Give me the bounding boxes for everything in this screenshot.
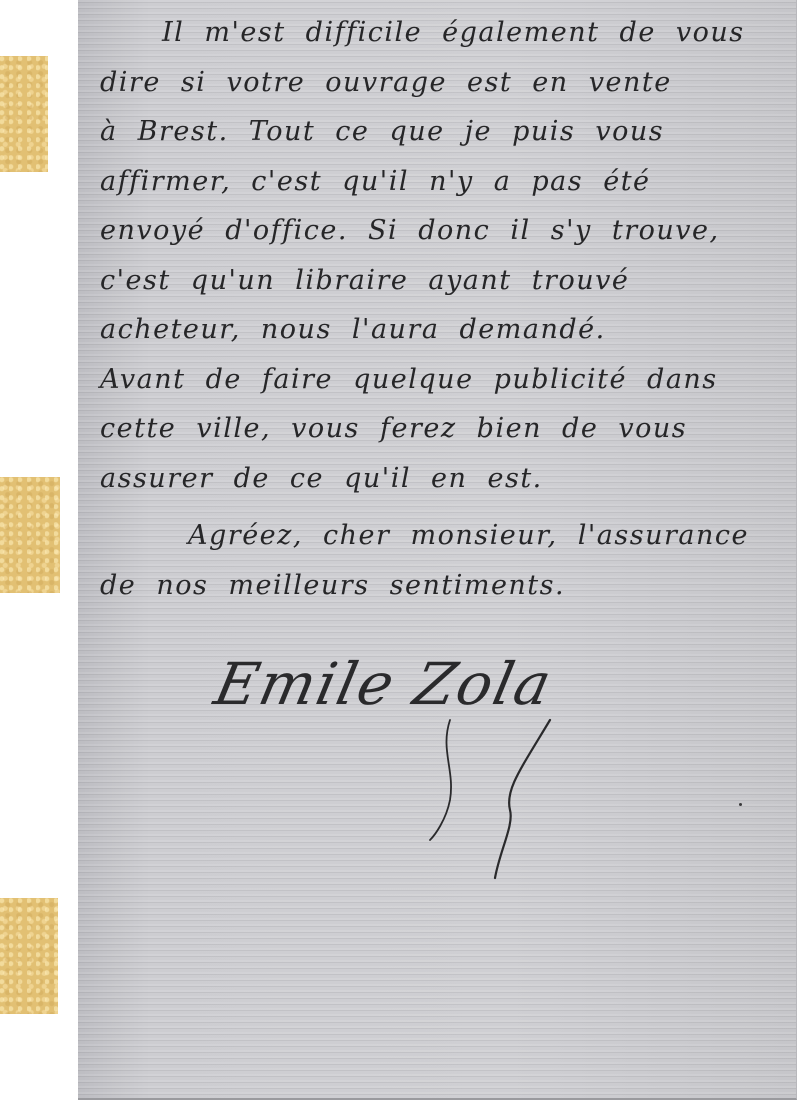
gold-mounting-tab-middle	[0, 477, 60, 593]
gold-mounting-tab-bottom	[0, 898, 58, 1014]
letter-line: c'est qu'un libraire ayant trouvé	[100, 256, 790, 306]
signature-flourish-icon	[410, 700, 610, 880]
letter-line: Avant de faire quelque publicité dans	[100, 355, 790, 405]
letter-line: Il m'est difficile également de vous	[100, 8, 790, 58]
letter-line: acheteur, nous l'aura demandé.	[100, 305, 790, 355]
closing-line: Agréez, cher monsieur, l'assurance	[100, 511, 790, 561]
letter-line: envoyé d'office. Si donc il s'y trouve,	[100, 206, 790, 256]
letter-page: Il m'est difficile également de vous dir…	[78, 0, 797, 1100]
letter-line: à Brest. Tout ce que je puis vous	[100, 107, 790, 157]
closing-line: de nos meilleurs sentiments.	[100, 561, 790, 611]
letter-line: cette ville, vous ferez bien de vous	[100, 404, 790, 454]
letter-line: dire si votre ouvrage est en vente	[100, 58, 790, 108]
letter-body: Il m'est difficile également de vous dir…	[100, 8, 790, 610]
letter-line: assurer de ce qu'il en est.	[100, 454, 790, 504]
gold-mounting-tab-top	[0, 56, 48, 172]
ink-dot	[739, 803, 742, 806]
letter-line: affirmer, c'est qu'il n'y a pas été	[100, 157, 790, 207]
